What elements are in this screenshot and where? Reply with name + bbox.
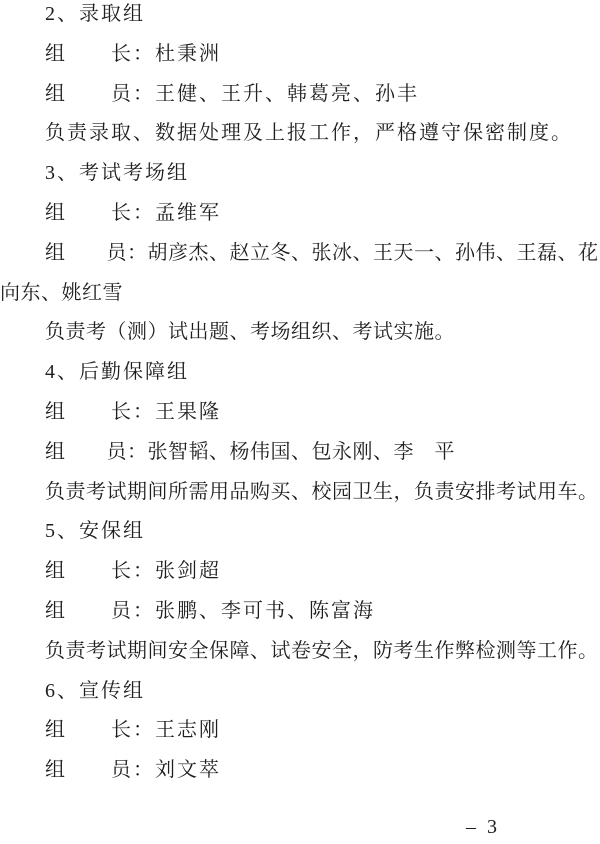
group-3-leader-line: 组 长：孟维军 xyxy=(45,194,600,234)
group-2-members-line: 组 员：王健、王升、韩葛亮、孙丰 xyxy=(45,75,600,115)
group-2-heading: 2、录取组 xyxy=(45,0,600,35)
group-3-heading: 3、考试考场组 xyxy=(45,154,600,194)
group-3-members-continuation-line: 向东、姚红雪 xyxy=(0,274,600,314)
group-2-duty-line: 负责录取、数据处理及上报工作，严格遵守保密制度。 xyxy=(45,114,600,154)
group-6-members-line: 组 员：刘文萃 xyxy=(45,751,600,791)
group-4-duty-line: 负责考试期间所需用品购买、校园卫生，负责安排考试用车。 xyxy=(45,473,600,513)
group-5-members-line: 组 员：张鹏、李可书、陈富海 xyxy=(45,592,600,632)
page-number: – 3 xyxy=(466,816,500,839)
group-4-heading: 4、后勤保障组 xyxy=(45,353,600,393)
group-5-duty-line: 负责考试期间安全保障、试卷安全，防考生作弊检测等工作。 xyxy=(45,632,600,672)
group-2-leader-line: 组 长：杜秉洲 xyxy=(45,35,600,75)
group-5-leader-line: 组 长：张剑超 xyxy=(45,552,600,592)
group-4-leader-line: 组 长：王果隆 xyxy=(45,393,600,433)
group-5-heading: 5、安保组 xyxy=(45,512,600,552)
document-page: 2、录取组 组 长：杜秉洲 组 员：王健、王升、韩葛亮、孙丰 负责录取、数据处理… xyxy=(0,0,600,844)
document-body: 2、录取组 组 长：杜秉洲 组 员：王健、王升、韩葛亮、孙丰 负责录取、数据处理… xyxy=(0,0,600,791)
group-4-members-line: 组 员：张智韬、杨伟国、包永刚、李 平 xyxy=(45,433,600,473)
group-6-heading: 6、宣传组 xyxy=(45,672,600,712)
group-6-leader-line: 组 长：王志刚 xyxy=(45,711,600,751)
group-3-duty-line: 负责考（测）试出题、考场组织、考试实施。 xyxy=(45,313,600,353)
group-3-members-line: 组 员：胡彦杰、赵立冬、张冰、王天一、孙伟、王磊、花 xyxy=(45,234,600,274)
